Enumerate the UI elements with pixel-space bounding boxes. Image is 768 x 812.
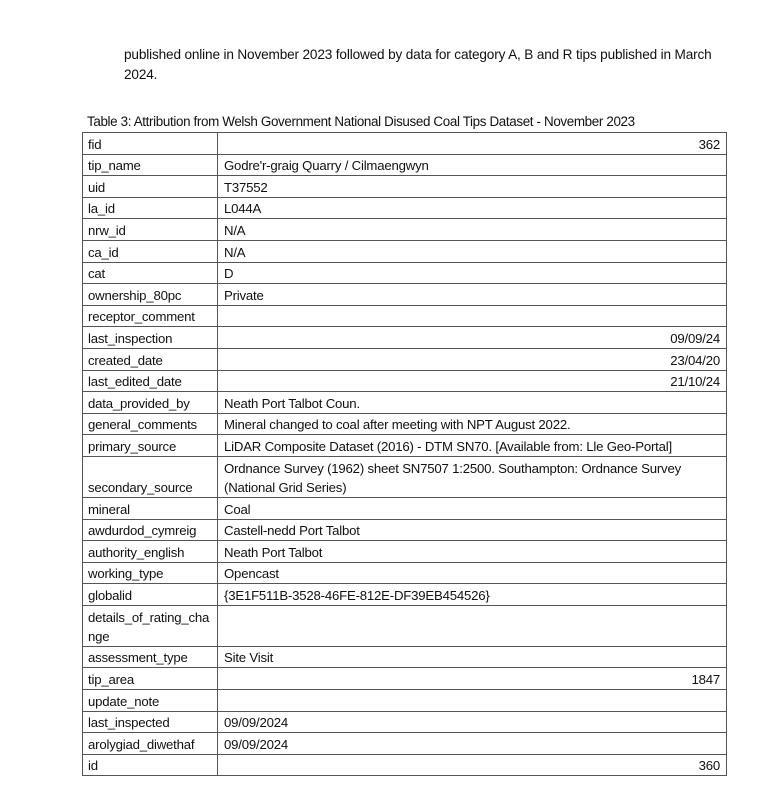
table-row: working_typeOpencast: [83, 562, 727, 584]
table-row: mineralCoal: [83, 497, 727, 519]
table-row: authority_englishNeath Port Talbot: [83, 541, 727, 563]
field-name-cell: last_inspection: [83, 327, 218, 349]
table-row: assessment_typeSite Visit: [83, 646, 727, 668]
table-row: catD: [83, 262, 727, 284]
field-name-cell: last_edited_date: [83, 370, 218, 392]
field-name-cell: update_note: [83, 690, 218, 712]
field-name-cell: primary_source: [83, 435, 218, 457]
table-row: receptor_comment: [83, 305, 727, 327]
field-name-cell: receptor_comment: [83, 305, 218, 327]
field-value-cell: Coal: [218, 497, 727, 519]
document-page: published online in November 2023 follow…: [0, 0, 768, 812]
field-name-cell: awdurdod_cymreig: [83, 519, 218, 541]
field-value-cell: 09/09/24: [218, 327, 727, 349]
table-row: uidT37552: [83, 176, 727, 198]
field-name-cell: cat: [83, 262, 218, 284]
field-name-cell: uid: [83, 176, 218, 198]
table-row: la_idL044A: [83, 197, 727, 219]
field-name-cell: secondary_source: [83, 456, 218, 497]
field-value-cell: 09/09/2024: [218, 733, 727, 755]
field-value-cell: L044A: [218, 197, 727, 219]
table-row: ca_idN/A: [83, 240, 727, 262]
field-name-cell: ca_id: [83, 240, 218, 262]
field-name-cell: tip_name: [83, 154, 218, 176]
field-value-cell: D: [218, 262, 727, 284]
field-name-cell: fid: [83, 133, 218, 155]
table-row: awdurdod_cymreigCastell-nedd Port Talbot: [83, 519, 727, 541]
field-value-cell: LiDAR Composite Dataset (2016) - DTM SN7…: [218, 435, 727, 457]
field-value-cell: T37552: [218, 176, 727, 198]
field-name-cell: tip_area: [83, 668, 218, 690]
attribution-table: fid362tip_nameGodre'r-graig Quarry / Cil…: [82, 132, 727, 776]
field-name-cell: ownership_80pc: [83, 284, 218, 306]
field-value-cell: N/A: [218, 219, 727, 241]
table-row: update_note: [83, 690, 727, 712]
field-value-cell: Castell-nedd Port Talbot: [218, 519, 727, 541]
field-value-cell: 360: [218, 754, 727, 776]
table-row: nrw_idN/A: [83, 219, 727, 241]
table-row: id360: [83, 754, 727, 776]
field-value-cell: Godre'r-graig Quarry / Cilmaengwyn: [218, 154, 727, 176]
field-value-cell: Neath Port Talbot: [218, 541, 727, 563]
field-value-cell: Neath Port Talbot Coun.: [218, 392, 727, 414]
table-row: ownership_80pcPrivate: [83, 284, 727, 306]
field-value-cell: Site Visit: [218, 646, 727, 668]
field-value-cell: {3E1F511B-3528-46FE-812E-DF39EB454526}: [218, 584, 727, 606]
table-row: general_commentsMineral changed to coal …: [83, 413, 727, 435]
field-name-cell: data_provided_by: [83, 392, 218, 414]
field-value-cell: Mineral changed to coal after meeting wi…: [218, 413, 727, 435]
attribution-table-body: fid362tip_nameGodre'r-graig Quarry / Cil…: [83, 133, 727, 776]
table-row: globalid{3E1F511B-3528-46FE-812E-DF39EB4…: [83, 584, 727, 606]
field-name-cell: nrw_id: [83, 219, 218, 241]
table-row: arolygiad_diwethaf09/09/2024: [83, 733, 727, 755]
field-name-cell: created_date: [83, 348, 218, 370]
field-value-cell: Opencast: [218, 562, 727, 584]
field-name-cell: working_type: [83, 562, 218, 584]
table-row: details_of_rating_change: [83, 605, 727, 646]
table-row: secondary_sourceOrdnance Survey (1962) s…: [83, 456, 727, 497]
field-name-cell: id: [83, 754, 218, 776]
field-value-cell: Private: [218, 284, 727, 306]
table-row: fid362: [83, 133, 727, 155]
field-name-cell: authority_english: [83, 541, 218, 563]
table-row: data_provided_byNeath Port Talbot Coun.: [83, 392, 727, 414]
table-row: last_edited_date21/10/24: [83, 370, 727, 392]
field-name-cell: general_comments: [83, 413, 218, 435]
table-row: last_inspected09/09/2024: [83, 711, 727, 733]
field-name-cell: arolygiad_diwethaf: [83, 733, 218, 755]
field-value-cell: [218, 305, 727, 327]
table-row: tip_area1847: [83, 668, 727, 690]
field-name-cell: last_inspected: [83, 711, 218, 733]
field-name-cell: assessment_type: [83, 646, 218, 668]
table-row: tip_nameGodre'r-graig Quarry / Cilmaengw…: [83, 154, 727, 176]
field-value-cell: 23/04/20: [218, 348, 727, 370]
field-value-cell: N/A: [218, 240, 727, 262]
table-caption: Table 3: Attribution from Welsh Governme…: [87, 113, 635, 131]
field-name-cell: mineral: [83, 497, 218, 519]
field-value-cell: 09/09/2024: [218, 711, 727, 733]
table-row: created_date23/04/20: [83, 348, 727, 370]
field-name-cell: globalid: [83, 584, 218, 606]
intro-paragraph: published online in November 2023 follow…: [124, 45, 734, 85]
field-value-cell: [218, 605, 727, 646]
field-value-cell: 21/10/24: [218, 370, 727, 392]
table-row: primary_sourceLiDAR Composite Dataset (2…: [83, 435, 727, 457]
field-value-cell: Ordnance Survey (1962) sheet SN7507 1:25…: [218, 456, 727, 497]
field-name-cell: la_id: [83, 197, 218, 219]
table-row: last_inspection09/09/24: [83, 327, 727, 349]
field-value-cell: [218, 690, 727, 712]
field-value-cell: 362: [218, 133, 727, 155]
field-value-cell: 1847: [218, 668, 727, 690]
field-name-cell: details_of_rating_change: [83, 605, 218, 646]
